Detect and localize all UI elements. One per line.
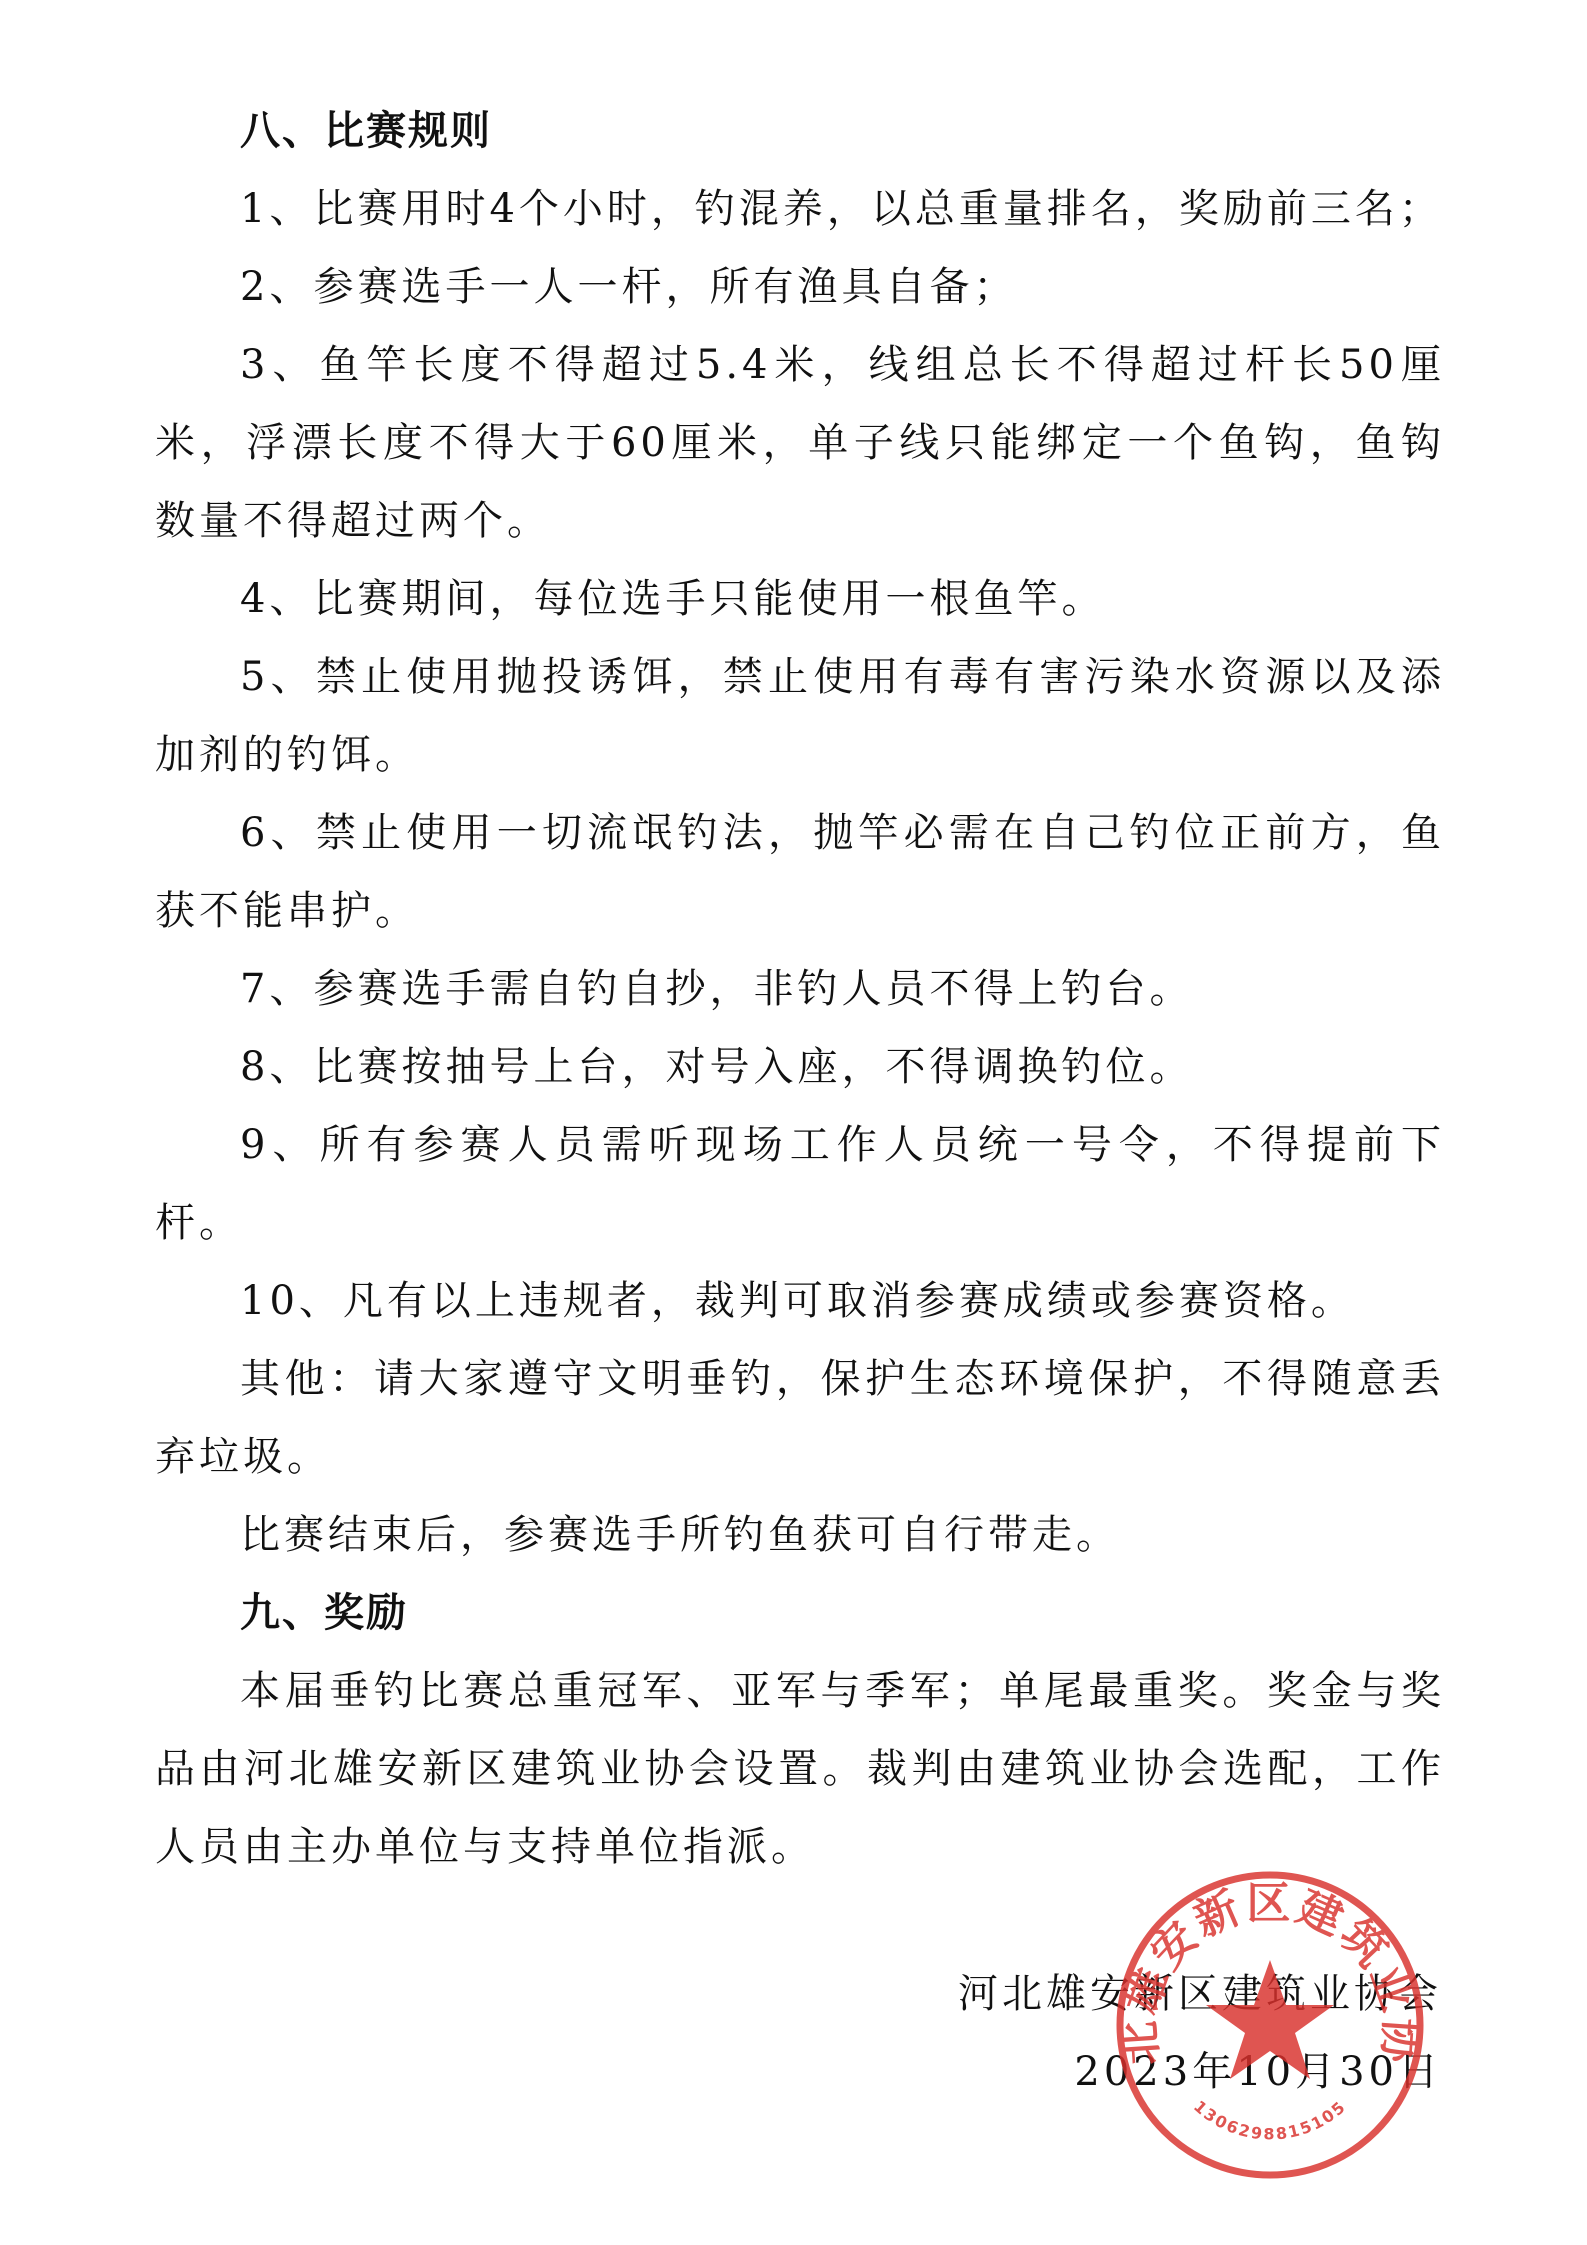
after-match-note: 比赛结束后，参赛选手所钓鱼获可自行带走。	[155, 1496, 1445, 1574]
official-seal-icon: 河北雄安新区建筑业协会 1306298815105	[1110, 1865, 1430, 2185]
section-heading-rules: 八、比赛规则	[155, 92, 1445, 170]
rule-6: 6、禁止使用一切流氓钓法，抛竿必需在自己钓位正前方，鱼获不能串护。	[155, 794, 1445, 950]
rewards-paragraph: 本届垂钓比赛总重冠军、亚军与季军；单尾最重奖。奖金与奖品由河北雄安新区建筑业协会…	[155, 1652, 1445, 1886]
rule-7: 7、参赛选手需自钓自抄，非钓人员不得上钓台。	[155, 950, 1445, 1028]
svg-text:1306298815105: 1306298815105	[1190, 2097, 1350, 2144]
rule-5: 5、禁止使用抛投诱饵，禁止使用有毒有害污染水资源以及添加剂的钓饵。	[155, 638, 1445, 794]
rule-4: 4、比赛期间，每位选手只能使用一根鱼竿。	[155, 560, 1445, 638]
rule-8: 8、比赛按抽号上台，对号入座，不得调换钓位。	[155, 1028, 1445, 1106]
rule-2: 2、参赛选手一人一杆，所有渔具自备；	[155, 248, 1445, 326]
other-note: 其他：请大家遵守文明垂钓，保护生态环境保护，不得随意丢弃垃圾。	[155, 1340, 1445, 1496]
rule-1: 1、比赛用时4个小时，钓混养，以总重量排名，奖励前三名；	[155, 170, 1445, 248]
section-heading-rewards: 九、奖励	[155, 1574, 1445, 1652]
rule-10: 10、凡有以上违规者，裁判可取消参赛成绩或参赛资格。	[155, 1262, 1445, 1340]
document-body: 八、比赛规则 1、比赛用时4个小时，钓混养，以总重量排名，奖励前三名； 2、参赛…	[155, 92, 1445, 1886]
rule-3: 3、鱼竿长度不得超过5.4米，线组总长不得超过杆长50厘米，浮漂长度不得大于60…	[155, 326, 1445, 560]
rule-9: 9、所有参赛人员需听现场工作人员统一号令，不得提前下杆。	[155, 1106, 1445, 1262]
